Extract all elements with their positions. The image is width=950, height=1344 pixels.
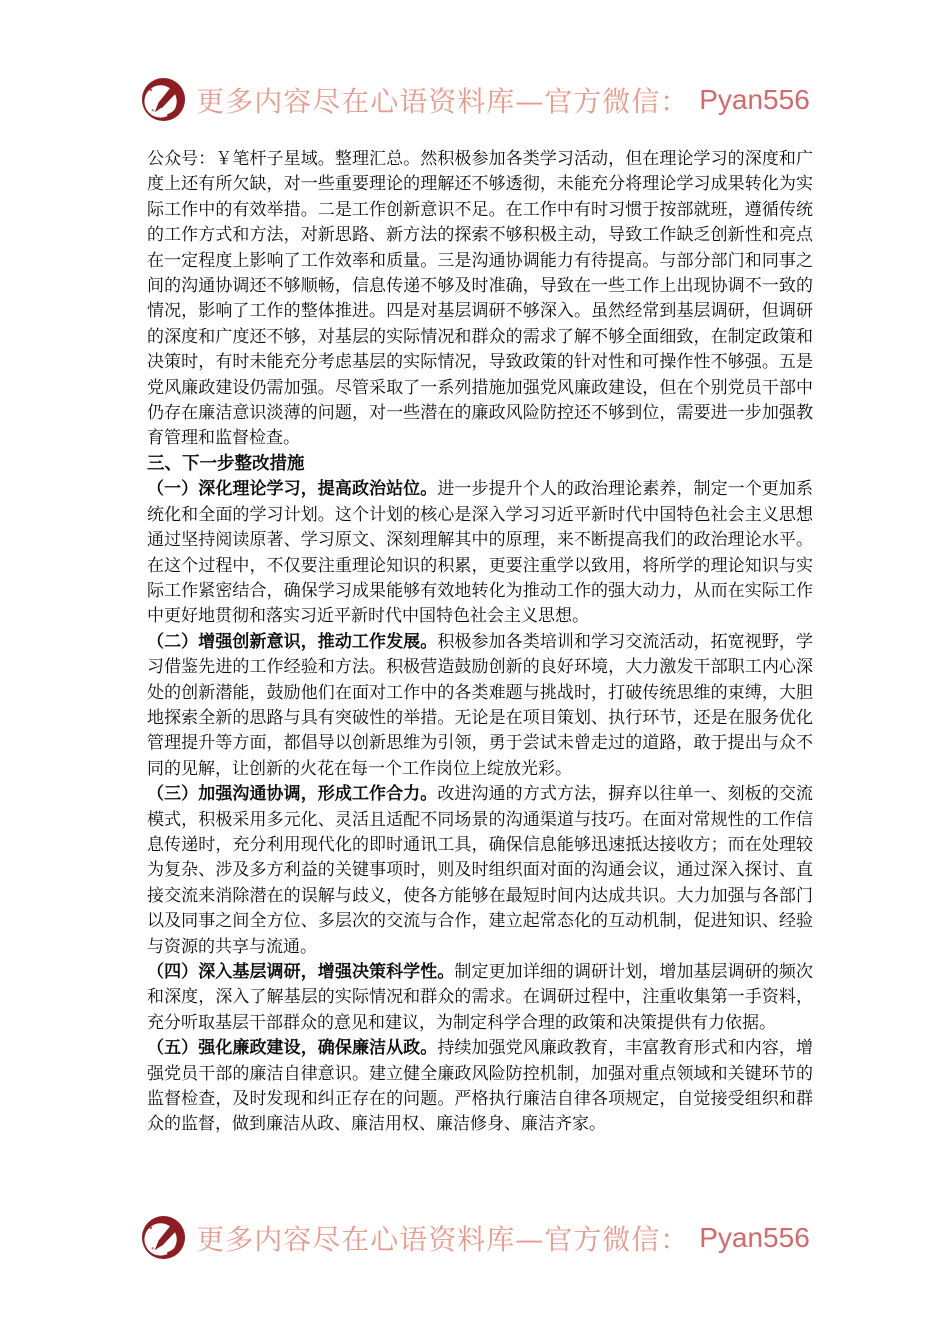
intro-paragraph: 公众号：￥笔杆子星域。整理汇总。然积极参加各类学习活动，但在理论学习的深度和广度… bbox=[147, 146, 813, 451]
measure-1-lead: （一）深化理论学习，提高政治站位。 bbox=[147, 479, 437, 498]
measure-3-lead: （三）加强沟通协调，形成工作合力。 bbox=[147, 784, 437, 803]
measure-5-lead: （五）强化廉政建设，确保廉洁从政。 bbox=[147, 1038, 437, 1057]
watermark-account: Pyan556 bbox=[699, 1222, 810, 1254]
measure-4-lead: （四）深入基层调研，增强决策科学性。 bbox=[147, 962, 454, 981]
document-page: 更多内容尽在心语资料库—官方微信：Pyan556 公众号：￥笔杆子星域。整理汇总… bbox=[0, 0, 950, 1344]
section-heading: 三、下一步整改措施 bbox=[147, 451, 813, 476]
watermark-text: 更多内容尽在心语资料库—官方微信： bbox=[196, 80, 689, 120]
measure-paragraph-3: （三）加强沟通协调，形成工作合力。改进沟通的方式方法，摒弃以往单一、刻板的交流模… bbox=[147, 781, 813, 959]
measure-paragraph-1: （一）深化理论学习，提高政治站位。进一步提升个人的政治理论素养，制定一个更加系统… bbox=[147, 476, 813, 628]
document-body: 公众号：￥笔杆子星域。整理汇总。然积极参加各类学习活动，但在理论学习的深度和广度… bbox=[147, 146, 813, 1137]
footer-watermark: 更多内容尽在心语资料库—官方微信：Pyan556 bbox=[0, 1214, 950, 1261]
measure-paragraph-2: （二）增强创新意识，推动工作发展。积极参加各类培训和学习交流活动，拓宽视野，学习… bbox=[147, 629, 813, 781]
measure-2-lead: （二）增强创新意识，推动工作发展。 bbox=[147, 632, 437, 651]
pen-in-circle-logo-icon bbox=[140, 76, 187, 123]
watermark-text: 更多内容尽在心语资料库—官方微信： bbox=[196, 1218, 689, 1258]
measure-3-body: 改进沟通的方式方法，摒弃以往单一、刻板的交流模式，积极采用多元化、灵活且适配不同… bbox=[147, 784, 813, 955]
measure-1-body: 进一步提升个人的政治理论素养，制定一个更加系统化和全面的学习计划。这个计划的核心… bbox=[147, 479, 813, 625]
measure-paragraph-4: （四）深入基层调研，增强决策科学性。制定更加详细的调研计划，增加基层调研的频次和… bbox=[147, 959, 813, 1035]
measure-2-body: 积极参加各类培训和学习交流活动，拓宽视野，学习借鉴先进的工作经验和方法。积极营造… bbox=[147, 632, 813, 778]
measure-paragraph-5: （五）强化廉政建设，确保廉洁从政。持续加强党风廉政教育，丰富教育形式和内容，增强… bbox=[147, 1035, 813, 1137]
pen-in-circle-logo-icon bbox=[140, 1214, 187, 1261]
header-watermark: 更多内容尽在心语资料库—官方微信：Pyan556 bbox=[0, 76, 950, 123]
watermark-account: Pyan556 bbox=[699, 84, 810, 116]
